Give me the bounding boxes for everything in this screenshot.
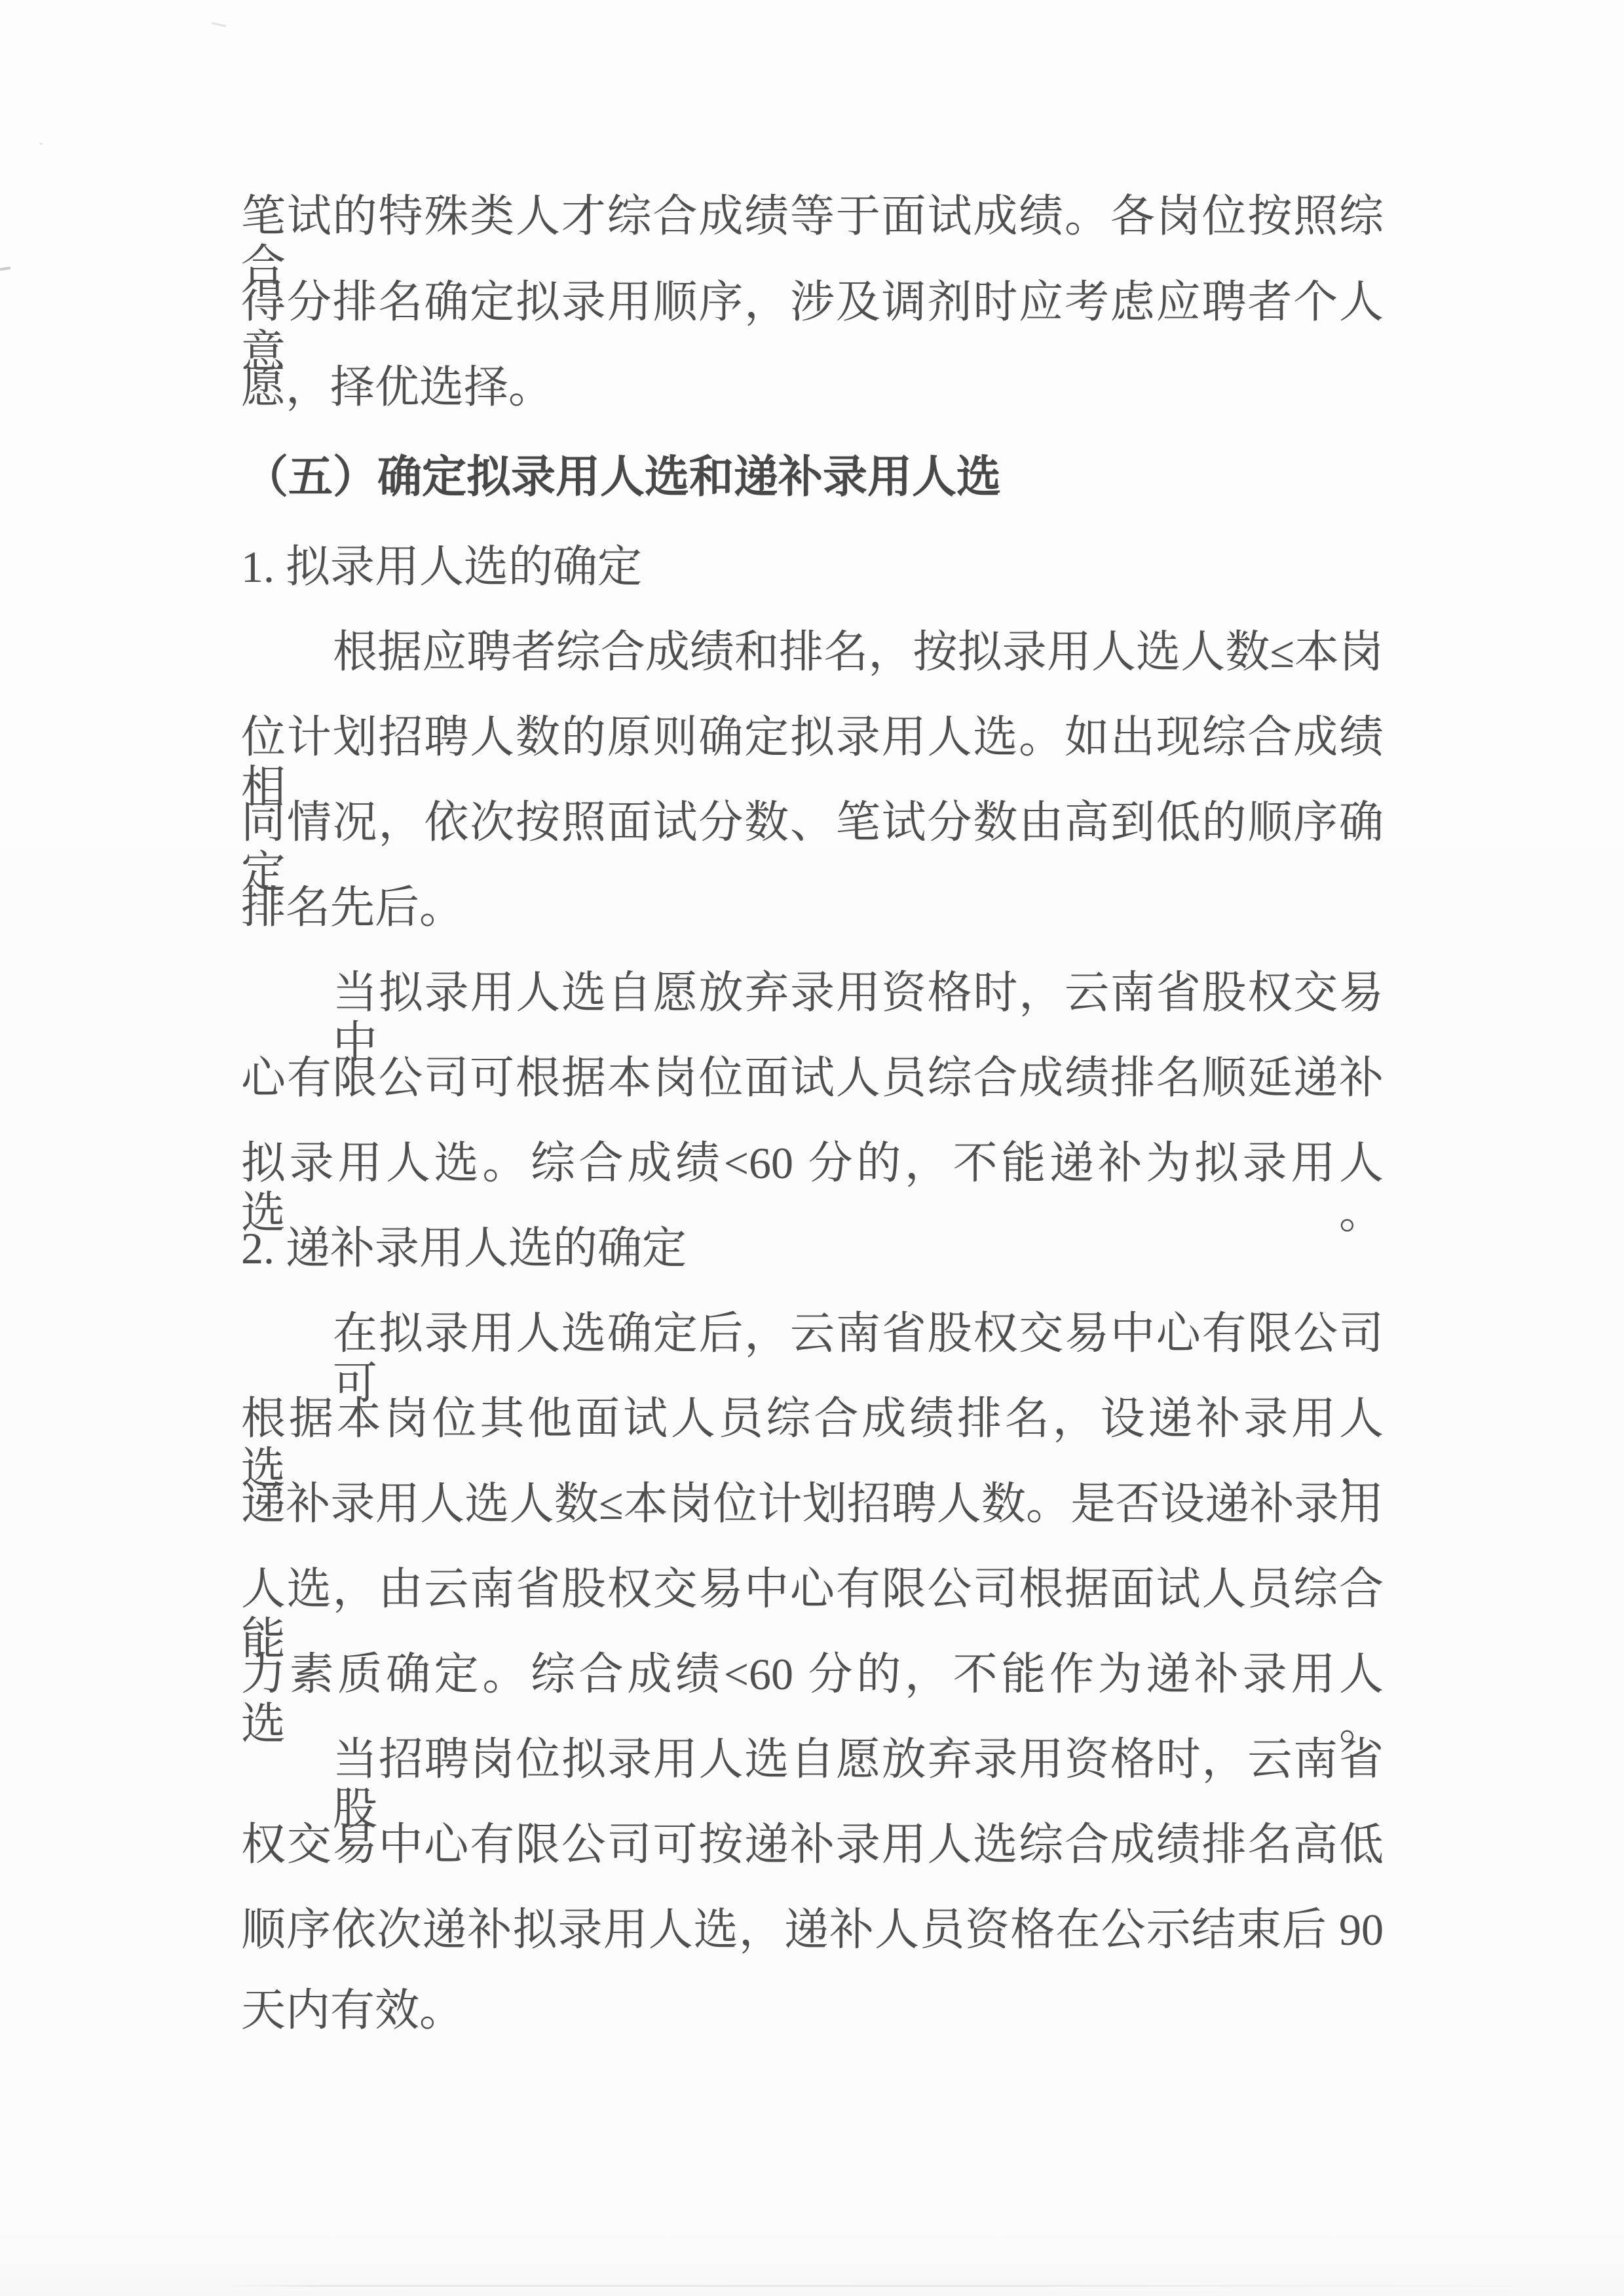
paragraph-line: 笔试的特殊类人才综合成绩等于面试成绩。各岗位按照综合 bbox=[241, 191, 1384, 291]
scan-artifact-top-scratch bbox=[212, 22, 226, 28]
paragraph-line: 递补录用人选人数≤本岗位计划招聘人数。是否设递补录用 bbox=[241, 1479, 1384, 1529]
scan-artifact-left-edge bbox=[0, 267, 10, 271]
paragraph-line: 心有限公司可根据本岗位面试人员综合成绩排名顺延递补 bbox=[241, 1053, 1384, 1103]
section-heading: （五）确定拟录用人选和递补录用人选 bbox=[244, 452, 1386, 502]
numbered-item-heading: 1. 拟录用人选的确定 bbox=[241, 542, 1384, 592]
paragraph-line: 根据应聘者综合成绩和排名，按拟录用人选人数≤本岗 bbox=[241, 627, 1384, 677]
paragraph-line: 顺序依次递补拟录用人选，递补人员资格在公示结束后 90 bbox=[241, 1905, 1384, 1955]
numbered-item-heading: 2. 递补录用人选的确定 bbox=[241, 1223, 1384, 1273]
paragraph-line: 天内有效。 bbox=[241, 1985, 1384, 2035]
paragraph-line: 权交易中心有限公司可按递补录用人选综合成绩排名高低 bbox=[241, 1820, 1384, 1869]
scanned-document-page: 笔试的特殊类人才综合成绩等于面试成绩。各岗位按照综合 得分排名确定拟录用顺序，涉… bbox=[0, 0, 1624, 2296]
paragraph-line: 排名先后。 bbox=[241, 883, 1384, 932]
paragraph-line: 愿，择优选择。 bbox=[241, 362, 1384, 412]
scan-artifact-bottom-edge bbox=[223, 2285, 1559, 2287]
scan-artifact-speck bbox=[39, 143, 43, 145]
